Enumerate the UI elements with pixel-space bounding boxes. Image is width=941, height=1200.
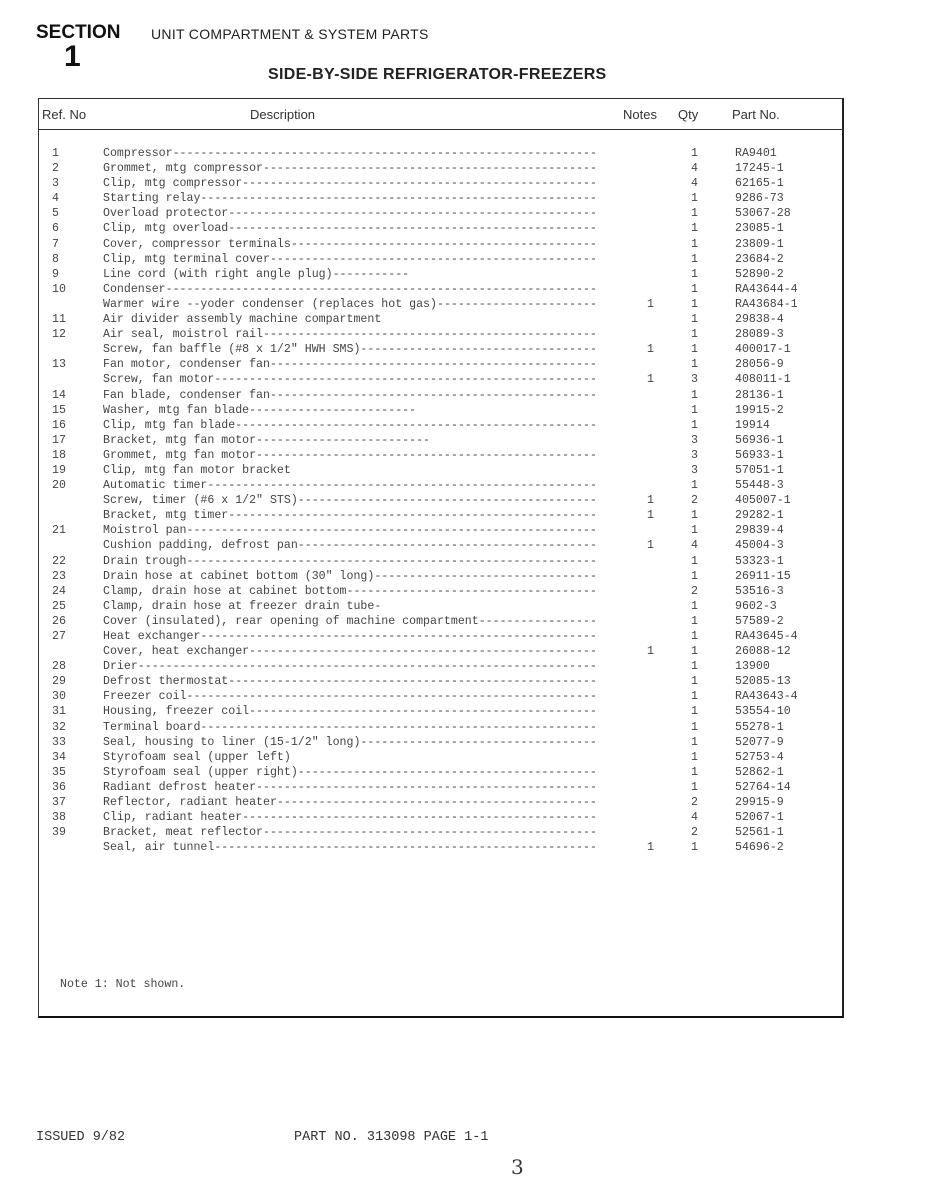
description-cell: Freezer coil----------------------------… [103,689,599,704]
ref-cell: 12 [52,327,82,342]
ref-cell: 39 [52,825,82,840]
description-cell: Cover, compressor terminals-------------… [103,237,599,252]
description-cell: Clip, mtg fan motor bracket [103,463,599,478]
part-number-cell: 52067-1 [735,810,825,825]
description-cell: Grommet, mtg fan motor------------------… [103,448,599,463]
qty-cell: 1 [691,644,703,659]
description-cell: Air divider assembly machine compartment [103,312,599,327]
part-number-cell: 29282-1 [735,508,825,523]
part-number-cell: 52862-1 [735,765,825,780]
part-number-cell: RA43644-4 [735,282,825,297]
table-row: 8Clip, mtg terminal cover---------------… [38,252,844,267]
table-row: 33Seal, housing to liner (15-1/2" long)-… [38,735,844,750]
qty-cell: 1 [691,614,703,629]
table-row: 2Grommet, mtg compressor----------------… [38,161,844,176]
part-number-cell: 405007-1 [735,493,825,508]
ref-cell: 1 [52,146,82,161]
table-row: 9Line cord (with right angle plug)------… [38,267,844,282]
description-cell: Clip, mtg compressor--------------------… [103,176,599,191]
description-cell: Reflector, radiant heater---------------… [103,795,599,810]
description-cell: Housing, freezer coil-------------------… [103,704,599,719]
qty-cell: 1 [691,780,703,795]
qty-cell: 1 [691,312,703,327]
notes-cell: 1 [647,493,659,508]
table-row: 11Air divider assembly machine compartme… [38,312,844,327]
description-cell: Defrost thermostat----------------------… [103,674,599,689]
qty-cell: 1 [691,765,703,780]
part-number-cell: 29838-4 [735,312,825,327]
description-cell: Clamp, drain hose at freezer drain tube- [103,599,599,614]
table-row: 17Bracket, mtg fan motor----------------… [38,433,844,448]
ref-cell: 14 [52,388,82,403]
ref-cell: 2 [52,161,82,176]
qty-cell: 1 [691,418,703,433]
notes-cell: 1 [647,538,659,553]
table-row: Seal, air tunnel------------------------… [38,840,844,855]
ref-cell: 9 [52,267,82,282]
description-cell: Bracket, mtg fan motor------------------… [103,433,599,448]
table-row: Screw, fan baffle (#8 x 1/2" HWH SMS)---… [38,342,844,357]
ref-cell: 24 [52,584,82,599]
part-number-cell: 28056-9 [735,357,825,372]
qty-cell: 1 [691,252,703,267]
qty-cell: 1 [691,191,703,206]
part-number-cell: 52890-2 [735,267,825,282]
table-row: 14Fan blade, condenser fan--------------… [38,388,844,403]
qty-cell: 1 [691,523,703,538]
description-cell: Clip, mtg terminal cover----------------… [103,252,599,267]
part-number-cell: 57589-2 [735,614,825,629]
table-row: Cover, heat exchanger-------------------… [38,644,844,659]
table-row: 6Clip, mtg overload---------------------… [38,221,844,236]
qty-cell: 1 [691,735,703,750]
qty-cell: 3 [691,463,703,478]
description-cell: Seal, housing to liner (15-1/2" long)---… [103,735,599,750]
part-number-cell: 28089-3 [735,327,825,342]
ref-cell: 17 [52,433,82,448]
description-cell: Drain trough----------------------------… [103,554,599,569]
section-title: UNIT COMPARTMENT & SYSTEM PARTS [151,26,429,42]
part-number-cell: 56933-1 [735,448,825,463]
part-number-cell: 26911-15 [735,569,825,584]
qty-cell: 4 [691,810,703,825]
table-row: 1Compressor-----------------------------… [38,146,844,161]
table-row: 21Moistrol pan--------------------------… [38,523,844,538]
qty-cell: 1 [691,206,703,221]
table-row: 3Clip, mtg compressor-------------------… [38,176,844,191]
part-number-cell: 54696-2 [735,840,825,855]
part-number-cell: 56936-1 [735,433,825,448]
ref-cell: 13 [52,357,82,372]
description-cell: Cover, heat exchanger-------------------… [103,644,599,659]
part-number-cell: 400017-1 [735,342,825,357]
ref-cell: 22 [52,554,82,569]
ref-cell: 31 [52,704,82,719]
ref-cell: 34 [52,750,82,765]
part-number-cell: 23085-1 [735,221,825,236]
description-cell: Grommet, mtg compressor-----------------… [103,161,599,176]
part-number-cell: 55448-3 [735,478,825,493]
qty-cell: 1 [691,720,703,735]
description-cell: Moistrol pan----------------------------… [103,523,599,538]
ref-cell: 7 [52,237,82,252]
part-number-cell: 53554-10 [735,704,825,719]
table-row: 4Starting relay-------------------------… [38,191,844,206]
part-number-cell: 53323-1 [735,554,825,569]
qty-cell: 1 [691,674,703,689]
table-row: 31Housing, freezer coil-----------------… [38,704,844,719]
column-header-notes: Notes [623,107,657,122]
qty-cell: 3 [691,372,703,387]
part-number-cell: 52753-4 [735,750,825,765]
ref-cell: 10 [52,282,82,297]
part-number-cell: 62165-1 [735,176,825,191]
table-row: 10Condenser-----------------------------… [38,282,844,297]
table-row: 34Styrofoam seal (upper left)152753-4 [38,750,844,765]
table-row: 32Terminal board------------------------… [38,720,844,735]
qty-cell: 2 [691,584,703,599]
part-number-cell: 408011-1 [735,372,825,387]
part-number-cell: 45004-3 [735,538,825,553]
qty-cell: 1 [691,599,703,614]
part-number-cell: 19914 [735,418,825,433]
description-cell: Terminal board--------------------------… [103,720,599,735]
qty-cell: 4 [691,538,703,553]
qty-cell: 1 [691,750,703,765]
table-row: 35Styrofoam seal (upper right)----------… [38,765,844,780]
ref-cell: 32 [52,720,82,735]
ref-cell: 33 [52,735,82,750]
part-number-cell: 52085-13 [735,674,825,689]
qty-cell: 3 [691,448,703,463]
notes-cell: 1 [647,508,659,523]
qty-cell: 1 [691,282,703,297]
part-number-cell: RA43684-1 [735,297,825,312]
description-cell: Automatic timer-------------------------… [103,478,599,493]
description-cell: Fan motor, condenser fan----------------… [103,357,599,372]
ref-cell: 16 [52,418,82,433]
qty-cell: 1 [691,689,703,704]
description-cell: Clip, mtg fan blade---------------------… [103,418,599,433]
description-cell: Line cord (with right angle plug)-------… [103,267,599,282]
table-row: 36Radiant defrost heater----------------… [38,780,844,795]
part-number-cell: 13900 [735,659,825,674]
table-row: 12Air seal, moistrol rail---------------… [38,327,844,342]
qty-cell: 2 [691,493,703,508]
ref-cell: 15 [52,403,82,418]
description-cell: Compressor------------------------------… [103,146,599,161]
table-row: 29Defrost thermostat--------------------… [38,674,844,689]
table-row: 25Clamp, drain hose at freezer drain tub… [38,599,844,614]
qty-cell: 4 [691,176,703,191]
ref-cell: 3 [52,176,82,191]
description-cell: Drain hose at cabinet bottom (30" long)-… [103,569,599,584]
part-number-cell: 9286-73 [735,191,825,206]
ref-cell: 11 [52,312,82,327]
notes-cell: 1 [647,840,659,855]
qty-cell: 1 [691,704,703,719]
table-row: 5Overload protector---------------------… [38,206,844,221]
table-row: 18Grommet, mtg fan motor----------------… [38,448,844,463]
ref-cell: 19 [52,463,82,478]
table-row: 39Bracket, meat reflector---------------… [38,825,844,840]
notes-cell: 1 [647,342,659,357]
part-number-cell: 23809-1 [735,237,825,252]
ref-cell: 18 [52,448,82,463]
description-cell: Heat exchanger--------------------------… [103,629,599,644]
part-number-cell: RA9401 [735,146,825,161]
ref-cell: 6 [52,221,82,236]
description-cell: Clip, mtg overload----------------------… [103,221,599,236]
description-cell: Radiant defrost heater------------------… [103,780,599,795]
qty-cell: 1 [691,327,703,342]
description-cell: Starting relay--------------------------… [103,191,599,206]
part-number-cell: 17245-1 [735,161,825,176]
ref-cell: 38 [52,810,82,825]
table-row: 20Automatic timer-----------------------… [38,478,844,493]
qty-cell: 2 [691,825,703,840]
footnote: Note 1: Not shown. [60,978,185,991]
qty-cell: 1 [691,508,703,523]
notes-cell: 1 [647,372,659,387]
column-header-part: Part No. [732,107,780,122]
ref-cell: 21 [52,523,82,538]
table-row: 16Clip, mtg fan blade-------------------… [38,418,844,433]
part-number-cell: 52764-14 [735,780,825,795]
ref-cell: 4 [52,191,82,206]
table-row: 19Clip, mtg fan motor bracket357051-1 [38,463,844,478]
qty-cell: 1 [691,403,703,418]
qty-cell: 1 [691,629,703,644]
table-row: 22Drain trough--------------------------… [38,554,844,569]
ref-cell: 29 [52,674,82,689]
column-header-description: Description [250,107,315,122]
table-row: Warmer wire --yoder condenser (replaces … [38,297,844,312]
description-cell: Cover (insulated), rear opening of machi… [103,614,599,629]
description-cell: Clip, radiant heater--------------------… [103,810,599,825]
qty-cell: 1 [691,569,703,584]
description-cell: Drier-----------------------------------… [103,659,599,674]
description-cell: Bracket, mtg timer----------------------… [103,508,599,523]
table-row: 7Cover, compressor terminals------------… [38,237,844,252]
qty-cell: 1 [691,221,703,236]
qty-cell: 2 [691,795,703,810]
ref-cell: 36 [52,780,82,795]
description-cell: Overload protector----------------------… [103,206,599,221]
part-number-cell: 26088-12 [735,644,825,659]
ref-cell: 5 [52,206,82,221]
table-row: Bracket, mtg timer----------------------… [38,508,844,523]
ref-cell: 35 [52,765,82,780]
parts-table-body: 1Compressor-----------------------------… [38,146,844,855]
description-cell: Seal, air tunnel------------------------… [103,840,599,855]
qty-cell: 1 [691,297,703,312]
parts-table-header: Ref. No Description Notes Qty Part No. [38,98,844,130]
section-number: 1 [64,40,81,74]
qty-cell: 1 [691,146,703,161]
part-number-cell: 52561-1 [735,825,825,840]
column-header-ref: Ref. No [42,107,86,122]
description-cell: Bracket, meat reflector-----------------… [103,825,599,840]
table-row: 23Drain hose at cabinet bottom (30" long… [38,569,844,584]
description-cell: Washer, mtg fan blade-------------------… [103,403,599,418]
table-row: Screw, timer (#6 x 1/2" STS)------------… [38,493,844,508]
table-row: 28Drier---------------------------------… [38,659,844,674]
notes-cell: 1 [647,644,659,659]
part-number-cell: RA43643-4 [735,689,825,704]
qty-cell: 1 [691,478,703,493]
description-cell: Condenser-------------------------------… [103,282,599,297]
table-row: 38Clip, radiant heater------------------… [38,810,844,825]
table-row: Screw, fan motor------------------------… [38,372,844,387]
description-cell: Cushion padding, defrost pan------------… [103,538,599,553]
part-number-cell: 9602-3 [735,599,825,614]
description-cell: Screw, timer (#6 x 1/2" STS)------------… [103,493,599,508]
qty-cell: 1 [691,237,703,252]
qty-cell: 1 [691,388,703,403]
table-row: 24Clamp, drain hose at cabinet bottom---… [38,584,844,599]
part-number-cell: 53067-28 [735,206,825,221]
notes-cell: 1 [647,297,659,312]
ref-cell: 37 [52,795,82,810]
qty-cell: 1 [691,840,703,855]
description-cell: Screw, fan baffle (#8 x 1/2" HWH SMS)---… [103,342,599,357]
description-cell: Styrofoam seal (upper right)------------… [103,765,599,780]
qty-cell: 1 [691,659,703,674]
part-number-cell: RA43645-4 [735,629,825,644]
table-row: 15Washer, mtg fan blade-----------------… [38,403,844,418]
qty-cell: 1 [691,357,703,372]
footer-issued-date: ISSUED 9/82 [36,1130,125,1145]
part-number-cell: 55278-1 [735,720,825,735]
qty-cell: 4 [691,161,703,176]
ref-cell: 27 [52,629,82,644]
qty-cell: 1 [691,267,703,282]
description-cell: Screw, fan motor------------------------… [103,372,599,387]
description-cell: Air seal, moistrol rail-----------------… [103,327,599,342]
description-cell: Warmer wire --yoder condenser (replaces … [103,297,599,312]
ref-cell: 20 [52,478,82,493]
part-number-cell: 53516-3 [735,584,825,599]
table-row: 27Heat exchanger------------------------… [38,629,844,644]
qty-cell: 3 [691,433,703,448]
description-cell: Fan blade, condenser fan----------------… [103,388,599,403]
ref-cell: 26 [52,614,82,629]
part-number-cell: 29839-4 [735,523,825,538]
ref-cell: 28 [52,659,82,674]
ref-cell: 23 [52,569,82,584]
table-row: 30Freezer coil--------------------------… [38,689,844,704]
description-cell: Styrofoam seal (upper left) [103,750,599,765]
table-row: 13Fan motor, condenser fan--------------… [38,357,844,372]
handwritten-page-number: 3 [511,1155,524,1179]
footer-part-page: PART NO. 313098 PAGE 1-1 [294,1130,488,1145]
table-row: Cushion padding, defrost pan------------… [38,538,844,553]
ref-cell: 25 [52,599,82,614]
ref-cell: 30 [52,689,82,704]
part-number-cell: 23684-2 [735,252,825,267]
table-row: 26Cover (insulated), rear opening of mac… [38,614,844,629]
part-number-cell: 19915-2 [735,403,825,418]
qty-cell: 1 [691,342,703,357]
document-title: SIDE-BY-SIDE REFRIGERATOR-FREEZERS [268,66,607,84]
qty-cell: 1 [691,554,703,569]
column-header-qty: Qty [678,107,698,122]
part-number-cell: 29915-9 [735,795,825,810]
part-number-cell: 52077-9 [735,735,825,750]
part-number-cell: 28136-1 [735,388,825,403]
description-cell: Clamp, drain hose at cabinet bottom-----… [103,584,599,599]
table-row: 37Reflector, radiant heater-------------… [38,795,844,810]
ref-cell: 8 [52,252,82,267]
part-number-cell: 57051-1 [735,463,825,478]
